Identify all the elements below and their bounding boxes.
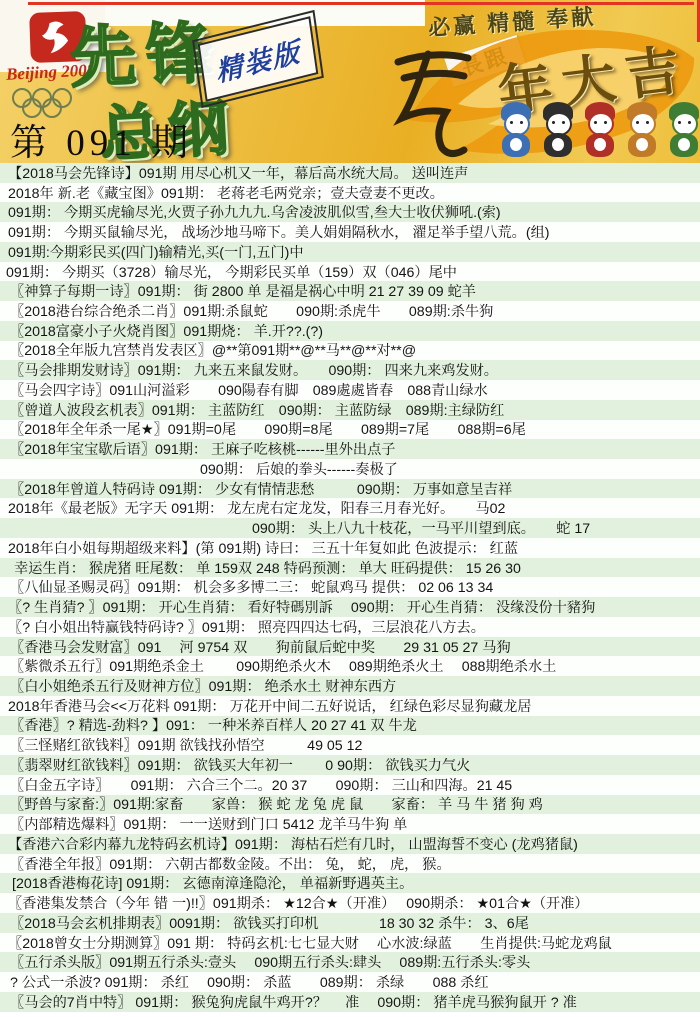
text-line: 〖2018年曾道人特码诗 091期： 少女有情情悲愁 090期： 万事如意呈吉祥 [0, 479, 700, 499]
text-line: 〖香港马会发财富〗091 河 9754 双 狗前鼠后蛇中奖 29 31 05 2… [0, 637, 700, 657]
text-line: 〖白金五字诗〗 091期： 六合三个二。20 37 090期： 三山和四海。21… [0, 775, 700, 795]
text-line: 〖五行杀头版〗091期五行杀头:壹头 090期五行杀头:肆头 089期:五行杀头… [0, 952, 700, 972]
text-line: 091期： 今期买（3728）输尽光， 今期彩民买单（159）双（046）尾中 [0, 262, 700, 282]
text-line: 〖香港集发禁合（今年 错 一)!!〗091期杀： ★12合★（开准） 090期杀… [0, 893, 700, 913]
text-line: 091期： 今期买鼠输尽光， 战场沙地马啼下。美人娟娟隔秋水， 濯足举手望八荒。… [0, 222, 700, 242]
fuwa-yingying-icon [623, 102, 661, 160]
fuwa-nini-icon [665, 102, 700, 160]
fuwa-mascots-row [497, 102, 700, 160]
text-line: 091期:今期彩民买(四门)输精光,买(一门,五门)中 [0, 242, 700, 262]
calligraphy-character [384, 48, 480, 160]
text-line: 幸运生肖： 猴虎猪 旺尾数： 单 159双 248 特码预测： 单大 旺码提供：… [0, 558, 700, 578]
fuwa-huanhuan-icon [581, 102, 619, 160]
text-line: 090期： 后娘的拳头------奏极了 [0, 459, 700, 479]
text-line: 〖2018曾女士分期测算〗091 期： 特码玄机:七七显大财 心水波:绿蓝 生肖… [0, 933, 700, 953]
text-line: 〖野兽与家畜:〗091期:家畜 家兽： 猴 蛇 龙 兔 虎 鼠 家畜： 羊 马 … [0, 795, 700, 815]
text-line: 〖白小姐绝杀五行及财神方位〗091期： 绝杀水土 财神东西方 [0, 676, 700, 696]
text-line: 【2018马会先锋诗】091期 用尽心机又一年，幕后高水统大局。 送叫连声 [0, 163, 700, 183]
text-line: 〖2018富豪小子火烧肖图〗091期烧： 羊.开??.(?) [0, 321, 700, 341]
text-line: 2018年白小姐每期超级来料】(第 091期) 诗曰： 三五十年复如此 色波提示… [0, 538, 700, 558]
text-line: 〖马会排期发财诗〗091期： 九来五来鼠发财。 090期： 四来九来鸡发财。 [0, 360, 700, 380]
text-line: 〖2018全年版九宫禁肖发表区〗@**第091期**@**马**@**对**@ [0, 341, 700, 361]
text-line: 〖? 生肖猜? 〗091期： 开心生肖猜： 看好特碼別訴 090期： 开心生肖猜… [0, 597, 700, 617]
text-line: 〖2018港台综合绝杀二肖〗091期:杀鼠蛇 090期:杀虎牛 089期:杀牛狗 [0, 301, 700, 321]
text-line: 〖内部精选爆料〗091期： 一一送财到门口 5412 龙羊马牛狗 单 [0, 814, 700, 834]
fuwa-jingjing-icon [539, 102, 577, 160]
text-line: ? 公式一杀波? 091期： 杀红 090期： 杀蓝 089期： 杀绿 088 … [0, 972, 700, 992]
text-line: 〖神算子每期一诗〗091期： 街 2800 单 是福是祸心中明 21 27 39… [0, 281, 700, 301]
text-line: [2018香港梅花诗] 091期： 玄德南漳逢隐沦， 单福新野遇英主。 [0, 873, 700, 893]
text-line: 〖2018年宝宝歇后语〗091期： 王麻子吃核桃------里外出点子 [0, 439, 700, 459]
text-line: 〖马会四字诗〗091山河溢彩 090陽春有脚 089處處皆春 088青山绿水 [0, 380, 700, 400]
text-line: 【香港六合彩内幕九龙特码玄机诗】091期： 海枯石烂有几时， 山盟海誓不变心 (… [0, 834, 700, 854]
text-line: 091期： 今期买虎输尽光,火贾子孙九九九.乌舍凌波肌似雪,叁大士收伏狮吼.(索… [0, 202, 700, 222]
text-line: 〖2018马会玄机排期表〗0091期： 欲钱买打印机 18 30 32 杀牛： … [0, 913, 700, 933]
text-line: 〖? 白小姐出特赢钱特码诗? 〗091期： 照亮四四达七码，三层浪花八方去。 [0, 617, 700, 637]
text-line: 〖曾道人波段玄机表〗091期： 主蓝防红 090期： 主蓝防绿 089期:主绿防… [0, 400, 700, 420]
text-line: 〖香港全年报〗091期： 六朝古都数金陵。不出： 兔， 蛇， 虎， 猴。 [0, 854, 700, 874]
header-banner: Beijing 2008 先锋 总纲 精装版 第 091 期 必赢 精髓 奉献 … [0, 0, 700, 163]
text-line: 〖三怪赌红欲钱料〗091期 欲钱找孙悟空 49 05 12 [0, 735, 700, 755]
text-line: 〖八仙显圣赐灵码〗091期： 机会多多博二三： 蛇鼠鸡马 提供： 02 06 1… [0, 577, 700, 597]
tips-text-area: 【2018马会先锋诗】091期 用尽心机又一年，幕后高水统大局。 送叫连声201… [0, 163, 700, 1017]
text-line: 2018年香港马会<<万花料 091期： 万花开中间二五好说话， 红绿色彩尽显狗… [0, 696, 700, 716]
text-line: 〖马会的7肖中特〗 091期： 猴兔狗虎鼠牛鸡开?？ 准 090期： 猪羊虎马猴… [0, 992, 700, 1012]
text-line: 2018年《最老版》无字天 091期： 龙左虎右定龙发，阳春三月春光好。 马02 [0, 498, 700, 518]
text-line: 〖香港〗? 精选-劲料? 】091： 一种米养百样人 20 27 41 双 牛龙 [0, 716, 700, 736]
text-line: 090期： 头上八九十枝花，一马平川望到底。 蛇 17 [0, 518, 700, 538]
fuwa-beibei-icon [497, 102, 535, 160]
edition-stamp-label: 精装版 [213, 29, 303, 89]
text-line: 〖紫微杀五行〗091期绝杀金土 090期绝杀火木 089期绝杀火土 088期绝杀… [0, 656, 700, 676]
issue-number: 第 091 期 [10, 112, 193, 163]
text-line: 〖2018年全年杀一尾★〗091期=0尾 090期=8尾 089期=7尾 088… [0, 420, 700, 440]
text-line: 〖翡翠财红欲钱料〗091期： 欲钱买大年初一 0 90期： 欲钱买力气火 [0, 755, 700, 775]
text-line: 2018年 新.老《藏宝图》091期： 老蒋老毛两党亲；壹夫壹妻不更改。 [0, 183, 700, 203]
